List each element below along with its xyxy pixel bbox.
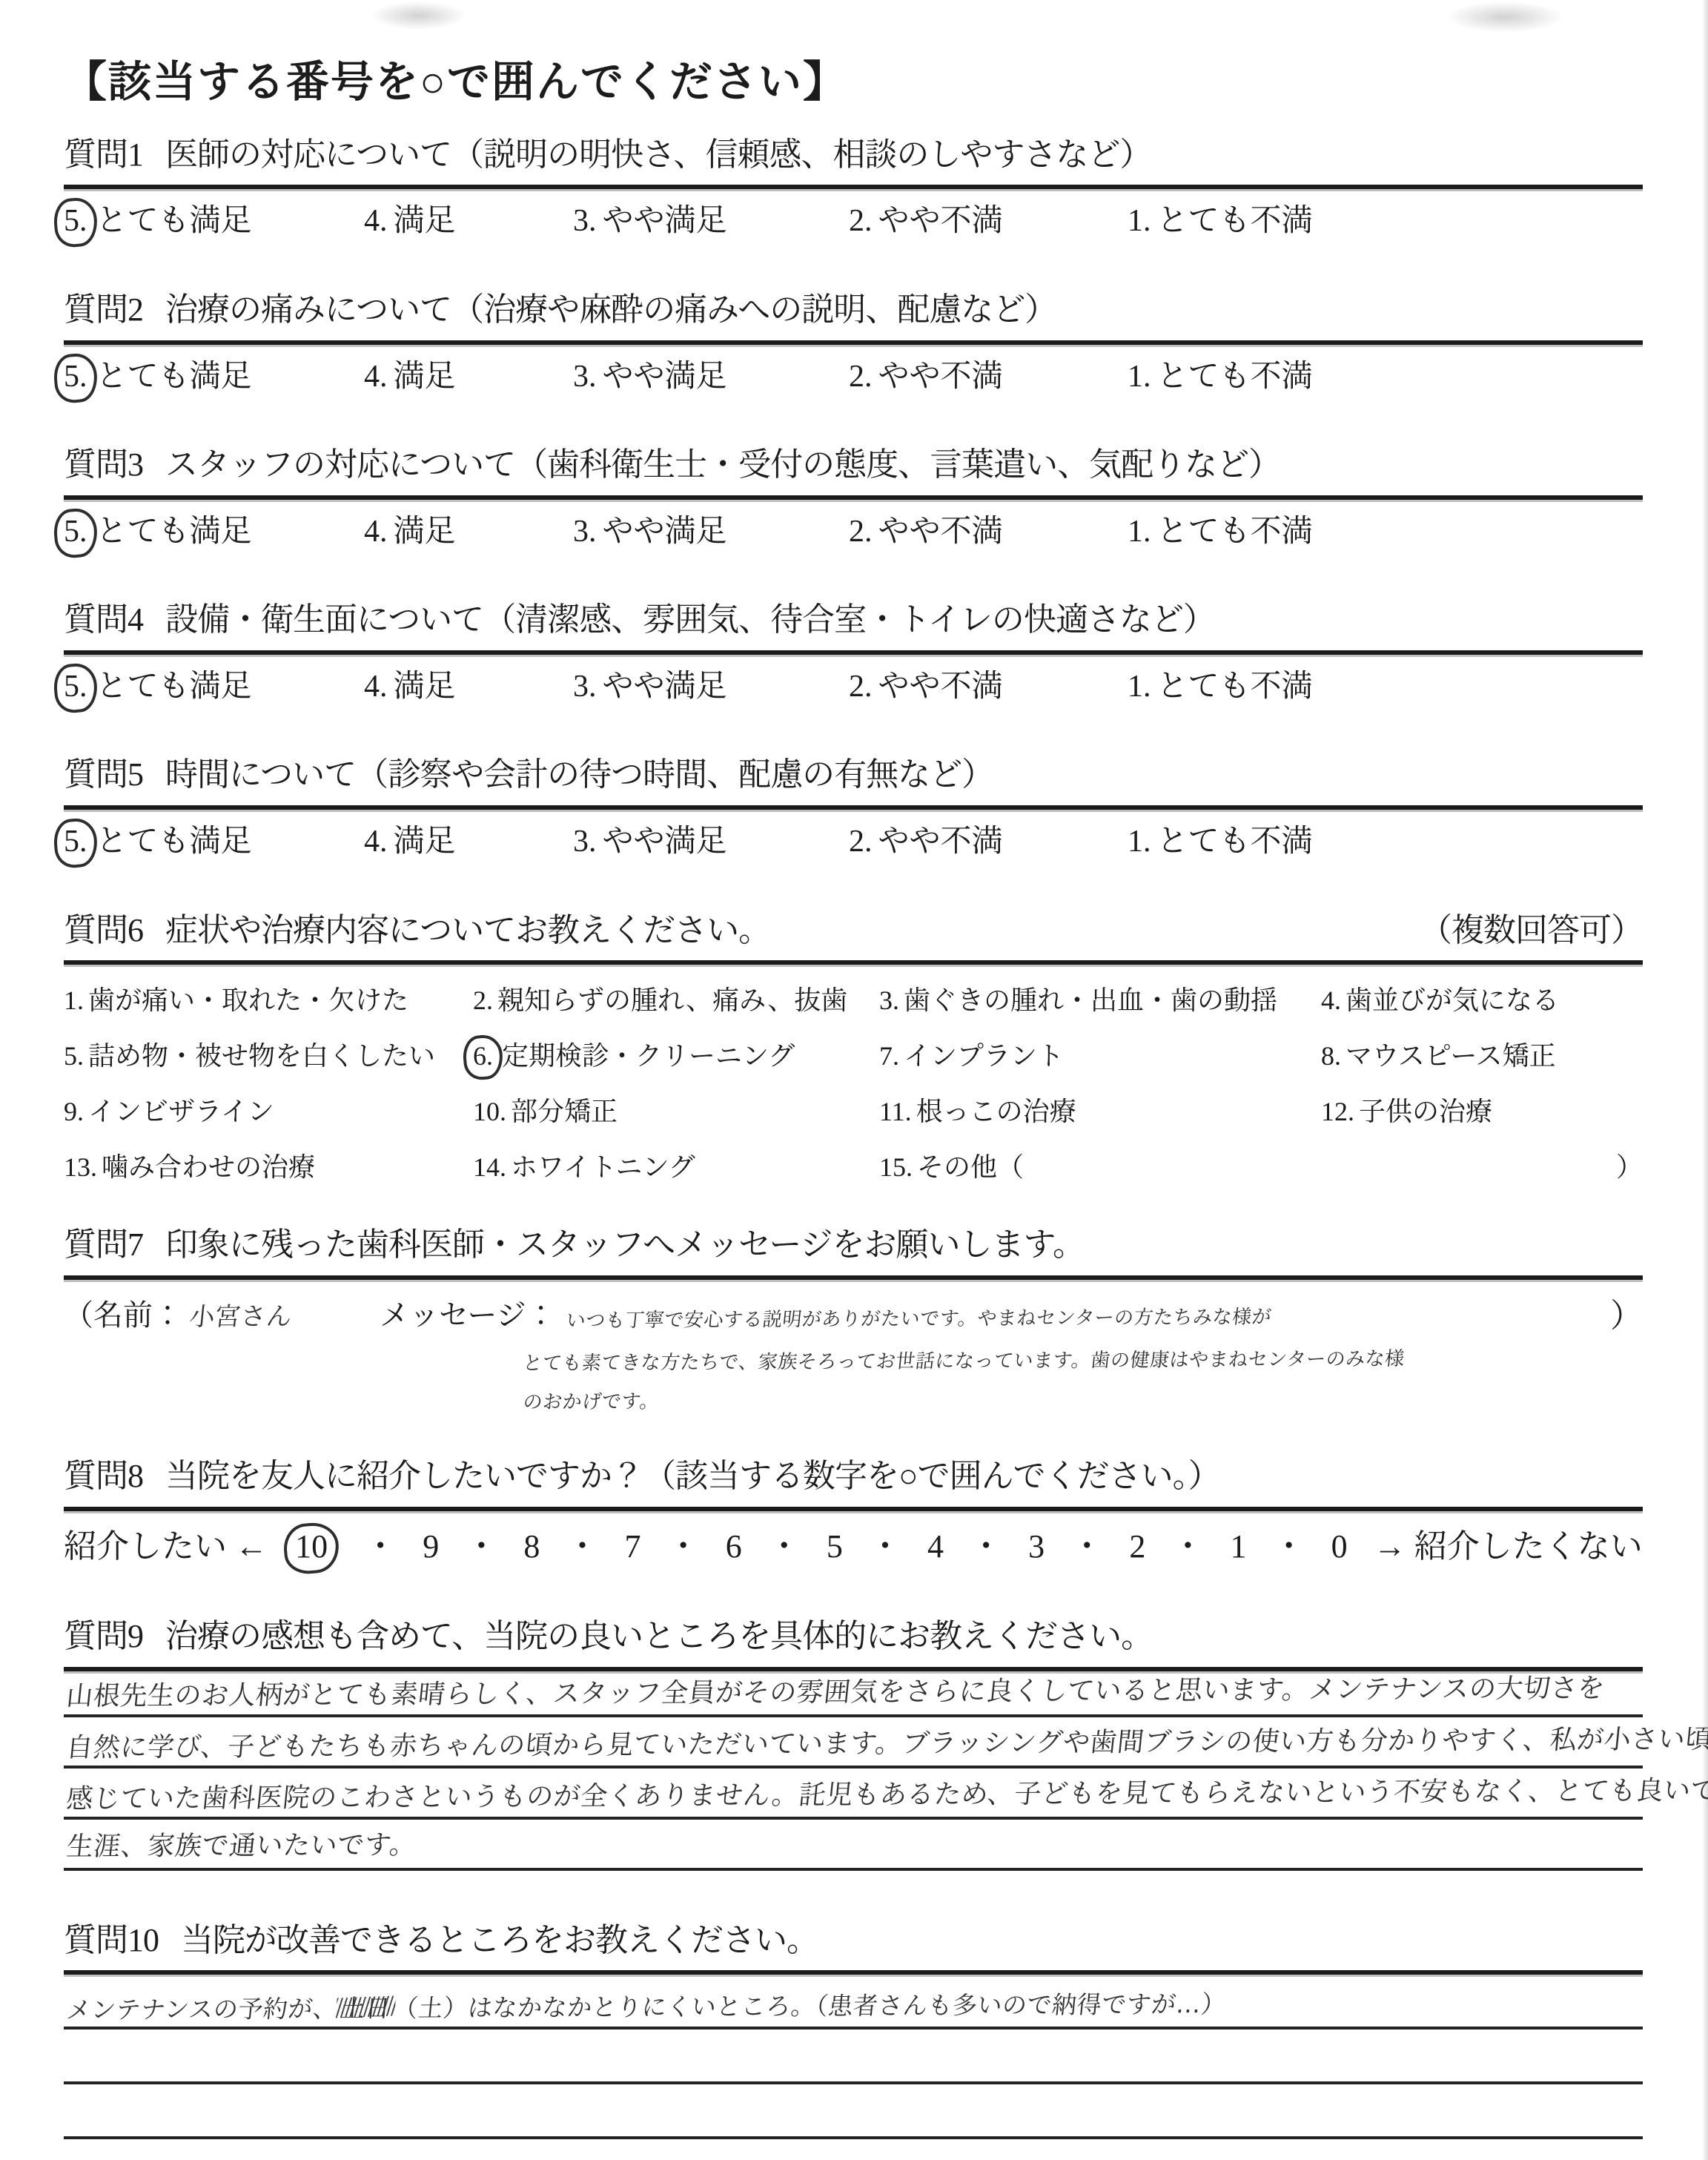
option-label: とても満足 [96,670,252,704]
option-number: 9. [64,1097,84,1126]
option-label: やや満足 [603,204,727,238]
survey-form: 【該当する番号を○で囲んでください】 質問1 医師の対応について（説明の明快さ、… [0,0,1708,2139]
option-label: 定期検診・クリーニング [502,1041,795,1071]
option-2: 2.やや不満 [849,358,1128,395]
option-label: 歯ぐきの腫れ・出血・歯の動揺 [904,985,1277,1015]
question-4-options: 5.とても満足 4.満足 3.やや満足 2.やや不満 1.とても不満 [64,668,1643,705]
option-1: 1.とても不満 [1128,513,1313,550]
question-2-heading: 質問2 治療の痛みについて（治療や麻酔の痛みへの説明、配慮など） [64,291,1643,330]
option-7: 7.インプラント [879,1040,1321,1073]
message-label: メッセージ： [380,1292,556,1334]
question-7-heading: 質問7 印象に残った歯科医師・スタッフへメッセージをお願いします。 [64,1226,1643,1265]
nps-scale: 紹介したい ← 10 ・ 9 ・ 8 ・ 7 ・ 6 ・ 5 ・ 4 ・ 3 ・… [64,1527,1643,1567]
option-3: 3.やや満足 [573,823,849,860]
option-label: 噛み合わせの治療 [102,1152,315,1182]
answer-line-empty [64,2084,1643,2139]
option-3: 3.やや満足 [573,668,849,705]
option-label: 満足 [394,204,456,238]
question-title: スタッフの対応について（歯科衛生士・受付の態度、言葉遣い、気配りなど） [165,446,1280,485]
scale-number-10: 10 [295,1528,328,1565]
question-2-options: 5.とても満足 4.満足 3.やや満足 2.やや不満 1.とても不満 [64,358,1643,395]
question-title: 症状や治療内容についてお教えください。 [165,911,770,951]
option-2: 2.やや不満 [849,668,1128,705]
divider [64,340,1643,345]
option-label: やや不満 [878,515,1003,549]
multi-answer-note: （複数回答可） [1420,911,1643,951]
option-2: 2.やや不満 [849,202,1128,240]
option-label: 満足 [394,515,456,549]
option-15-other: 15.その他（ [879,1151,1321,1184]
option-label: その他（ [917,1152,1024,1182]
option-number: 3. [573,360,597,394]
page-title: 【該当する番号を○で囲んでください】 [64,58,1643,108]
option-1: 1.歯が痛い・取れた・欠けた [64,984,473,1017]
question-5-options: 5.とても満足 4.満足 3.やや満足 2.やや不満 1.とても不満 [64,823,1643,860]
answer-line: 感じていた歯科医院のこわさというものが全くありません。託児もあるため、子どもを見… [64,1768,1643,1820]
option-number: 6. [473,1041,493,1071]
handwritten-answer: メンテナンスの予約が、土日（土）はなかなかとりにくいところ。（患者さんも多いので… [64,1986,1228,2029]
option-3: 3.やや満足 [573,358,849,395]
handwritten-circle: 5. [58,360,95,395]
scale-left-label: 紹介したい ← [64,1527,268,1567]
option-number: 1. [1128,204,1151,238]
handwritten-answer: 生涯、家族で通いたいです。 [64,1825,418,1866]
divider [64,1507,1643,1511]
divider [64,185,1643,189]
option-1: 1.とても不満 [1128,202,1313,240]
dot-separator: ・ [465,1527,497,1567]
option-number: 1. [64,985,84,1015]
option-9: 9.インビザライン [64,1095,473,1129]
option-number: 1. [1128,360,1151,394]
question-number: 質問7 [64,1226,143,1265]
handwritten-circle: 5. [58,204,95,240]
scale-right-label: → 紹介したくない [1374,1527,1643,1567]
message-continued: とても素てきな方たちで、家族そろってお世話になっています。歯の健康はやまねセンタ… [523,1340,1643,1375]
dot-separator: ・ [768,1527,801,1567]
question-6-options: 1.歯が痛い・取れた・欠けた 2.親知らずの腫れ、痛み、抜歯 3.歯ぐきの腫れ・… [64,984,1643,1184]
option-label: インビザライン [88,1097,274,1126]
handwritten-answer: 山根先生のお人柄がとても素晴らしく、スタッフ全員がその雰囲気をさらに良くしている… [64,1668,1607,1717]
question-7: 質問7 印象に残った歯科医師・スタッフへメッセージをお願いします。 （名前： 小… [64,1226,1643,1416]
option-6-selected: 6.定期検診・クリーニング [473,1040,879,1073]
option-number: 4. [364,515,388,549]
divider [64,650,1643,655]
option-label: やや満足 [603,515,727,549]
option-5-selected: 5.とても満足 [64,202,364,240]
option-4: 4.歯並びが気になる [1321,984,1643,1017]
option-label: マウスピース矯正 [1345,1041,1556,1071]
question-title: 治療の痛みについて（治療や麻酔の痛みへの説明、配慮など） [165,291,1056,330]
question-title: 設備・衛生面について（清潔感、雰囲気、待合室・トイレの快適さなど） [165,601,1215,640]
option-number: 5. [64,825,87,859]
question-title: 当院を友人に紹介したいですか？（該当する数字を○で囲んでください。） [165,1457,1220,1496]
option-number: 4. [1321,985,1341,1015]
question-number: 質問4 [64,601,143,640]
option-label: 満足 [394,825,456,859]
question-number: 質問6 [64,911,143,951]
option-label: 満足 [394,670,456,704]
option-5-selected: 5.とても満足 [64,513,364,550]
question-1-options: 5.とても満足 4.満足 3.やや満足 2.やや不満 1.とても不満 [64,202,1643,240]
option-label: 詰め物・被せ物を白くしたい [88,1041,435,1071]
question-9: 質問9 治療の感想も含めて、当院の良いところを具体的にお教えください。 山根先生… [64,1617,1643,1871]
question-5: 質問5 時間について（診察や会計の待つ時間、配慮の有無など） 5.とても満足 4… [64,756,1643,860]
dot-separator: ・ [364,1527,397,1567]
option-4: 4.満足 [364,202,573,240]
option-number: 10. [473,1097,506,1126]
option-label: やや満足 [603,825,727,859]
option-5-selected: 5.とても満足 [64,358,364,395]
option-number: 13. [64,1152,97,1182]
option-number: 3. [879,985,899,1015]
question-title: 当院が改善できるところをお教えください。 [181,1921,818,1961]
option-number: 12. [1321,1097,1354,1126]
handwritten-circle: 10 [288,1529,337,1566]
option-label: 歯並びが気になる [1345,985,1559,1015]
other-close-paren: ） [1321,1151,1643,1184]
option-4: 4.満足 [364,668,573,705]
option-number: 4. [364,825,388,859]
question-title: 治療の感想も含めて、当院の良いところを具体的にお教えください。 [165,1617,1153,1657]
option-number: 4. [364,360,388,394]
handwritten-message-line: いつも丁寧で安心する説明がありがたいです。やまねセンターの方たちみな様が [565,1304,1273,1335]
handwritten-answer: 感じていた歯科医院のこわさというものが全くありません。託児もあるため、子どもを見… [64,1771,1708,1820]
option-4: 4.満足 [364,358,573,395]
question-number: 質問8 [64,1457,143,1496]
option-number: 5. [64,670,87,704]
option-number: 2. [473,985,493,1015]
question-1-heading: 質問1 医師の対応について（説明の明快さ、信頼感、相談のしやすさなど） [64,136,1643,175]
option-number: 4. [364,204,388,238]
question-number: 質問3 [64,446,143,485]
scale-number-5: 5 [827,1527,843,1567]
option-number: 2. [849,825,873,859]
dot-separator: ・ [1171,1527,1204,1567]
option-10: 10.部分矯正 [473,1095,879,1129]
option-label: とても不満 [1157,515,1313,549]
option-number: 11. [879,1097,912,1126]
question-2: 質問2 治療の痛みについて（治療や麻酔の痛みへの説明、配慮など） 5.とても満足… [64,291,1643,395]
handwritten-circle: 6. [467,1041,500,1072]
option-number: 5. [64,360,87,394]
question-4-heading: 質問4 設備・衛生面について（清潔感、雰囲気、待合室・トイレの快適さなど） [64,601,1643,640]
answer-line: メンテナンスの予約が、土日（土）はなかなかとりにくいところ。（患者さんも多いので… [64,1975,1643,2029]
option-label: とても満足 [96,204,252,238]
option-label: やや不満 [878,825,1003,859]
answer-text: （土）はなかなかとりにくいところ。（患者さんも多いので納得ですが…） [392,1989,1228,2023]
option-label: とても不満 [1157,204,1313,238]
option-label: とても満足 [96,360,252,394]
question-number: 質問2 [64,291,143,330]
option-5: 5.詰め物・被せ物を白くしたい [64,1040,473,1073]
option-label: 部分矯正 [511,1097,618,1126]
question-3-heading: 質問3 スタッフの対応について（歯科衛生士・受付の態度、言葉遣い、気配りなど） [64,446,1643,485]
handwritten-message-line: のおかげです。 [522,1387,661,1415]
option-label: やや満足 [603,670,727,704]
option-5-selected: 5.とても満足 [64,668,364,705]
option-number: 3. [573,515,597,549]
option-label: とても満足 [96,515,252,549]
name-message-row: （名前： 小宮さん メッセージ： いつも丁寧で安心する説明がありがたいです。やま… [64,1292,1643,1334]
option-number: 5. [64,515,87,549]
scale-number-1: 1 [1230,1527,1246,1567]
option-number: 2. [849,360,873,394]
answer-text: メンテナンスの予約が、 [65,1994,340,2024]
close-paren: ） [1610,1289,1643,1336]
option-number: 8. [1321,1041,1341,1071]
option-label: とても不満 [1157,360,1313,394]
option-2: 2.やや不満 [849,823,1128,860]
dot-separator: ・ [667,1527,700,1567]
option-number: 2. [849,204,873,238]
question-6: 質問6 症状や治療内容についてお教えください。 （複数回答可） 1.歯が痛い・取… [64,911,1643,1185]
option-label: とても不満 [1157,825,1313,859]
answer-line: 山根先生のお人柄がとても素晴らしく、スタッフ全員がその雰囲気をさらに良くしている… [64,1671,1643,1717]
option-label: ホワイトニング [511,1152,695,1182]
option-4: 4.満足 [364,823,573,860]
divider [64,495,1643,500]
option-number: 3. [573,204,597,238]
answer-line: 自然に学び、子どもたちも赤ちゃんの頃から見ていただいています。ブラッシングや歯間… [64,1717,1643,1768]
question-title: 印象に残った歯科医師・スタッフへメッセージをお願いします。 [165,1226,1085,1265]
scale-number-0: 0 [1331,1527,1348,1567]
question-8-heading: 質問8 当院を友人に紹介したいですか？（該当する数字を○で囲んでください。） [64,1457,1643,1496]
dot-separator: ・ [1273,1527,1305,1567]
dot-separator: ・ [1070,1527,1103,1567]
option-number: 15. [879,1152,913,1182]
handwritten-name: 小宮さん [188,1296,294,1333]
option-2: 2.親知らずの腫れ、痛み、抜歯 [473,984,879,1017]
answer-line: 生涯、家族で通いたいです。 [64,1820,1643,1871]
scale-number-9: 9 [423,1527,439,1567]
option-number: 1. [1128,825,1151,859]
option-number: 5. [64,204,87,238]
option-label: やや不満 [878,204,1003,238]
name-label: （名前： [64,1292,182,1334]
handwritten-circle: 5. [58,515,95,550]
option-number: 4. [364,670,388,704]
option-11: 11.根っこの治療 [879,1095,1321,1129]
option-number: 5. [64,1041,84,1071]
scale-number-4: 4 [927,1527,944,1567]
question-3: 質問3 スタッフの対応について（歯科衛生士・受付の態度、言葉遣い、気配りなど） … [64,446,1643,550]
question-4: 質問4 設備・衛生面について（清潔感、雰囲気、待合室・トイレの快適さなど） 5.… [64,601,1643,705]
divider [64,1275,1643,1280]
option-1: 1.とても不満 [1128,668,1313,705]
question-10-heading: 質問10 当院が改善できるところをお教えください。 [64,1921,1643,1961]
option-label: インプラント [904,1041,1064,1071]
question-7-answer: （名前： 小宮さん メッセージ： いつも丁寧で安心する説明がありがたいです。やま… [64,1292,1643,1416]
option-8: 8.マウスピース矯正 [1321,1040,1643,1073]
dot-separator: ・ [566,1527,598,1567]
scale-number-7: 7 [625,1527,641,1567]
question-9-heading: 質問9 治療の感想も含めて、当院の良いところを具体的にお教えください。 [64,1617,1643,1657]
question-number: 質問9 [64,1617,143,1657]
option-label: 親知らずの腫れ、痛み、抜歯 [497,985,847,1015]
handwritten-message-line: とても素てきな方たちで、家族そろってお世話になっています。歯の健康はやまねセンタ… [522,1344,1406,1375]
handwritten-circle: 5. [58,670,95,705]
handwritten-answer: 自然に学び、子どもたちも赤ちゃんの頃から見ていただいています。ブラッシングや歯間… [64,1720,1708,1768]
question-8: 質問8 当院を友人に紹介したいですか？（該当する数字を○で囲んでください。） 紹… [64,1457,1643,1567]
option-3: 3.歯ぐきの腫れ・出血・歯の動揺 [879,984,1321,1017]
option-number: 2. [849,670,873,704]
option-3: 3.やや満足 [573,202,849,240]
answer-line-empty [64,2029,1643,2084]
question-title: 医師の対応について（説明の明快さ、信頼感、相談のしやすさなど） [165,136,1151,175]
dot-separator: ・ [869,1527,901,1567]
question-number: 質問5 [64,756,143,795]
scale-number-3: 3 [1028,1527,1045,1567]
scale-number-8: 8 [523,1527,540,1567]
option-number: 1. [1128,515,1151,549]
option-3: 3.やや満足 [573,513,849,550]
option-label: とても不満 [1157,670,1313,704]
dot-separator: ・ [970,1527,1002,1567]
option-label: やや不満 [878,360,1003,394]
divider [64,960,1643,965]
scanned-survey-page: { "title": "【該当する番号を○で囲んでください】", "scale_… [0,0,1708,2160]
option-number: 3. [573,825,597,859]
question-5-heading: 質問5 時間について（診察や会計の待つ時間、配慮の有無など） [64,756,1643,795]
question-title: 時間について（診察や会計の待つ時間、配慮の有無など） [165,756,993,795]
option-2: 2.やや不満 [849,513,1128,550]
option-label: 満足 [394,360,456,394]
option-13: 13.噛み合わせの治療 [64,1151,473,1184]
question-1: 質問1 医師の対応について（説明の明快さ、信頼感、相談のしやすさなど） 5.とて… [64,136,1643,240]
question-10: 質問10 当院が改善できるところをお教えください。 メンテナンスの予約が、土日（… [64,1921,1643,2140]
question-number: 質問1 [64,136,143,175]
message-continued: のおかげです。 [523,1381,1643,1416]
option-number: 3. [573,670,597,704]
option-label: とても満足 [96,825,252,859]
scale-number-2: 2 [1129,1527,1145,1567]
option-1: 1.とても不満 [1128,358,1313,395]
option-number: 1. [1128,670,1151,704]
option-label: 歯が痛い・取れた・欠けた [88,985,408,1015]
option-label: やや満足 [603,360,727,394]
question-number: 質問10 [64,1921,159,1961]
question-6-heading: 質問6 症状や治療内容についてお教えください。 （複数回答可） [64,911,1643,951]
option-5-selected: 5.とても満足 [64,823,364,860]
option-number: 7. [879,1041,899,1071]
crossed-out-text: 土日 [337,1994,395,2023]
option-1: 1.とても不満 [1128,823,1313,860]
option-label: 根っこの治療 [916,1097,1076,1126]
option-number: 14. [473,1152,506,1182]
option-number: 2. [849,515,873,549]
divider [64,805,1643,810]
option-label: やや不満 [878,670,1003,704]
handwritten-circle: 5. [58,825,95,860]
option-4: 4.満足 [364,513,573,550]
question-3-options: 5.とても満足 4.満足 3.やや満足 2.やや不満 1.とても不満 [64,513,1643,550]
option-12: 12.子供の治療 [1321,1095,1643,1129]
scale-number-6: 6 [726,1527,742,1567]
option-label: 子供の治療 [1359,1097,1492,1126]
option-14: 14.ホワイトニング [473,1151,879,1184]
